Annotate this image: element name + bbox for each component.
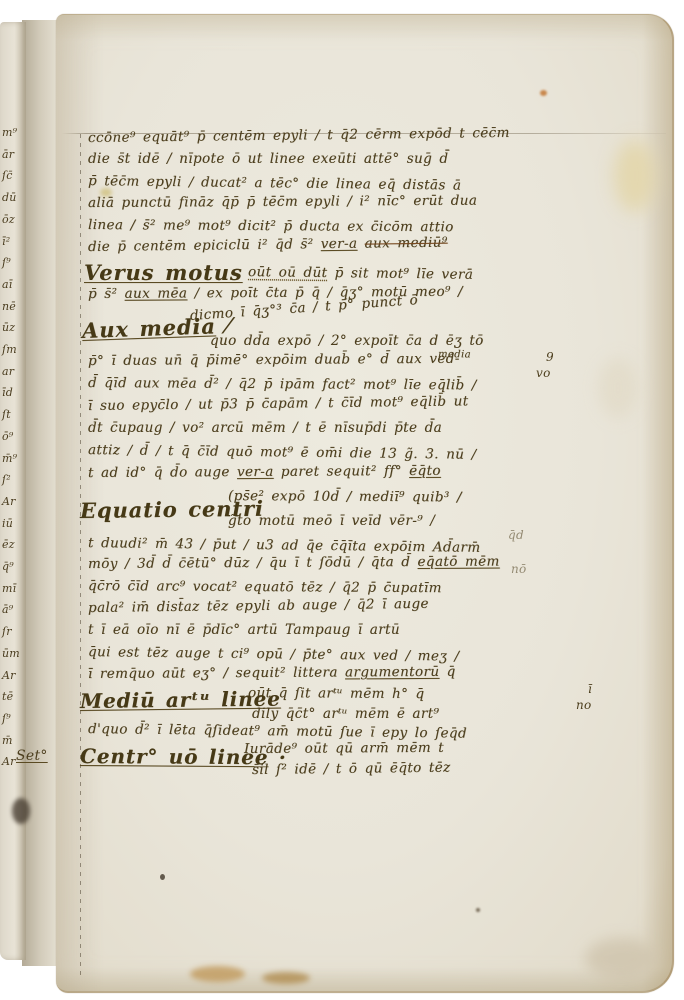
facing-text-fragment: q̄⁹ [2,560,14,573]
segment: p̄ s̄² [88,286,125,302]
facing-text-fragment: iū [2,517,13,530]
text-line: q̄c̄rō c̄īd arc⁹ vocat² equatō tēz / q̄2… [88,580,442,596]
text-line: linea / s̄² me⁹ mot⁹ dicit² p̄ ducta ex … [88,219,454,235]
stain [190,966,245,982]
segment-u: argumentorū [345,664,440,681]
text-line: oūt oū dūt p̄ sit mot⁹ līe verā [248,266,473,282]
text-line: ī remq̄uo aūt eʒ° / sequit² littera argu… [88,666,456,682]
segment-d: oūt oū dūt [248,264,328,281]
facing-text-fragment: ar [2,365,14,378]
facing-text-fragment: ōz [2,213,15,226]
heading-verus-motus: Verus motus [84,262,243,283]
segment: p̄° ī duas un̄ q̄ p̄imē° expōim duab̄ e°… [88,351,460,369]
margin-note-right: no [576,698,592,712]
segment: t ad id° q̄ d̄o auge [88,464,237,481]
segment-u: aux mēa [125,285,188,301]
facing-text-fragment: ſc̄ [2,169,13,182]
segment: mōy / 3d̄ d̄ c̄ētū° dūz / q̄u ī t ſōdū /… [88,554,418,572]
segment: quo dd̄a expō / 2° expoīt c̄a d ēʒ tō [210,333,484,349]
facing-text-fragment: Ar [2,669,16,682]
stain [598,358,638,418]
segment-s: aux mediū⁹ [365,235,448,252]
facing-text-fragment: īd [2,386,13,399]
segment: ī remq̄uo aūt eʒ° / sequit² littera [88,664,345,682]
segment: p̄ sit mot⁹ līe verā [327,265,473,283]
segment: q̄c̄rō c̄īd arc⁹ vocat² equatō tēz / q̄2… [88,578,442,596]
segment: die p̄ centēm epiciclū i² q̄d s̄² [88,236,321,255]
segment-u: ver-a [321,236,358,252]
segment-u: Aux media [82,313,217,343]
text-line: die s̄t idē / nīpote ō ut linee exeūti a… [88,153,448,167]
text-line: aliā punctū fināz q̄p̄ p̄ tēc̄m epyli / … [88,195,477,211]
facing-text-fragment: aī [2,278,12,291]
segment-u: ver-a [237,464,274,480]
facing-text-fragment: m̄ [2,734,13,747]
heading-aux-media: Aux media ⁄ [82,315,232,341]
facing-text-fragment: ō⁹ [2,430,13,443]
segment: q̄ [439,664,455,680]
text-line: d̄ q̄īd aux mēa d̄² / q̄2 p̄ ipām fact² … [88,377,477,393]
margin-note-left: Set° [16,748,48,764]
margin-note-right: nō [511,562,527,576]
facing-text-fragment: ēz [2,538,15,551]
text-line: quo dd̄a expō / 2° expoīt c̄a d ēʒ tō [210,335,484,349]
margin-note-right: 9 [546,350,554,364]
stain [585,938,657,980]
segment: die s̄t idē / nīpote ō ut linee exeūti a… [88,151,448,167]
margin-note-text: Set° [16,748,48,764]
margin-note-text: vo [536,366,551,380]
segment: g̃to motū meō ī veīd vēr-⁹ / [228,513,435,529]
margin-note-right: vo [536,366,551,380]
margin-note-text: q̄d [508,528,524,542]
margin-note-right: q̄d [508,528,524,542]
segment: aliā punctū fināz q̄p̄ p̄ tēc̄m epyli / … [88,193,477,211]
margin-note-right: ī [588,682,592,696]
facing-text-fragment: ār [2,148,14,161]
margin-note-text: ī [588,682,592,696]
facing-text-fragment: ā⁹ [2,603,13,616]
text-line: t ad id° q̄ d̄o auge ver-a paret sequit²… [88,465,441,481]
segment: d̄t c̄upaug / vo² arcū mēm / t ē nīsup̄d… [88,420,442,436]
stain [160,874,165,880]
stain [262,972,310,984]
stain [540,90,547,96]
margin-note-text: nō [511,562,527,576]
stain [12,798,30,824]
segment: t ī eā oīo nī ē p̄dīc° artū Tampaug ī ar… [88,622,400,638]
facing-text-fragment: m̄⁹ [2,452,17,465]
facing-text-fragment: Ar [2,495,16,508]
segment: dily q̄c̄t° arᵗᵘ mēm ē art⁹ [252,706,439,722]
facing-text-fragment: ūz [2,321,15,334]
text-line: mōy / 3d̄ d̄ c̄ētū° dūz / q̄u ī t ſōdū /… [88,555,500,571]
facing-text-fragment: ſt [2,408,11,421]
stain [476,908,480,912]
facing-text-fragment: nē [2,300,16,313]
text-line: p̄° ī duas un̄ q̄ p̄imē° expōim duab̄ e°… [88,353,460,369]
segment-u: Centr° uō linee [80,744,269,769]
segment: s̄il ſ² idē / t ō qū ēq̄to tēz [252,760,451,778]
ruling-line-vertical [80,134,81,978]
facing-text-fragment: mī [2,582,16,595]
segment-u: Verus motus [84,260,243,285]
margin-note-text: 9 [546,350,554,364]
facing-text-fragment: dū [2,191,17,204]
segment-u: ēq̄to [409,463,441,479]
segment: linea / s̄² me⁹ mot⁹ dicit² p̄ ducta ex … [88,217,454,235]
segment: d̄ q̄īd aux mēa d̄² / q̄2 p̄ ipām fact² … [88,375,477,393]
text-line: d̄t c̄upaug / vo² arcū mēm / t ē nīsup̄d… [88,422,442,436]
facing-text-fragment: ſr [2,625,12,638]
segment-u: eq̄atō mēm [417,553,499,570]
segment: paret sequit² ff° [274,463,410,480]
text-line: t ī eā oīo nī ē p̄dīc° artū Tampaug ī ar… [88,624,400,638]
facing-text-fragment: ſ⁹ [2,712,11,725]
text-line: s̄il ſ² idē / t ō qū ēq̄to tēz [252,762,451,778]
facing-text-fragment: ſm [2,343,17,356]
manuscript-photo: m⁹ārſc̄dūōzī²ſ⁹aīnēūzſmarīdſtō⁹m̄⁹ſ²Ariū… [0,0,684,1000]
facing-text-fragment: ūm [2,647,20,660]
facing-text-fragment: Ar [2,755,16,768]
facing-text-fragment: ī² [2,235,10,248]
facing-text-fragment: ſ⁹ [2,256,11,269]
text-line: g̃to motū meō ī veīd vēr-⁹ / [228,515,435,529]
heading-medium-argumentum: Mediū arᵗᵘ linee [80,689,281,711]
text-line: dily q̄c̄t° arᵗᵘ mēm ē art⁹ [252,708,439,722]
facing-text-fragment: ſ² [2,473,11,486]
stain [614,140,656,212]
facing-text-fragment: tē [2,690,13,703]
segment-u: Mediū arᵗᵘ linee [80,687,281,713]
facing-text-fragment: m⁹ [2,126,17,139]
margin-note-text: no [576,698,592,712]
